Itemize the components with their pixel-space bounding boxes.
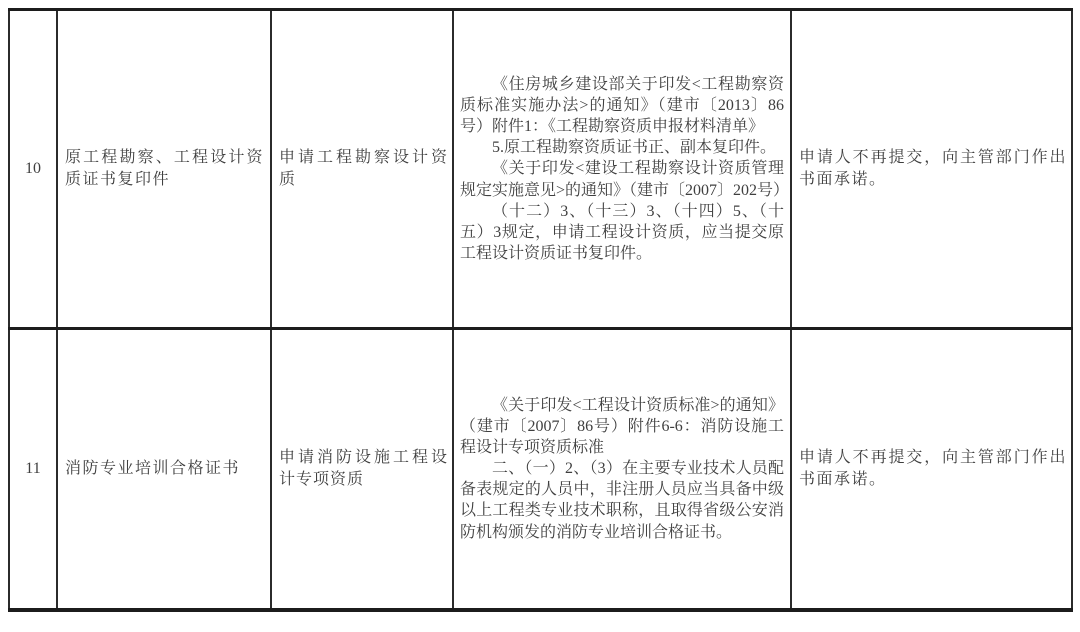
serial-number-cell: 10 (9, 10, 57, 329)
commitment-cell: 申请人不再提交，向主管部门作出书面承诺。 (791, 10, 1072, 329)
serial-number-cell: 11 (9, 329, 57, 610)
materials-commitment-table: 10 原工程勘察、工程设计资质证书复印件 申请工程勘察设计资质 《住房城乡建设部… (8, 8, 1073, 612)
basis-paragraph: 二、（一）2、（3）在主要专业技术人员配备表规定的人员中，非注册人员应当具备中级… (460, 458, 784, 542)
apply-type-cell: 申请消防设施工程设计专项资质 (271, 329, 453, 610)
legal-basis-cell: 《关于印发<工程设计资质标准>的通知》（建市〔2007〕86号）附件6-6：消防… (453, 329, 791, 610)
basis-paragraph: 5.原工程勘察资质证书正、副本复印件。 (460, 137, 784, 158)
commitment-cell: 申请人不再提交，向主管部门作出书面承诺。 (791, 329, 1072, 610)
apply-type-cell: 申请工程勘察设计资质 (271, 10, 453, 329)
material-name-cell: 原工程勘察、工程设计资质证书复印件 (57, 10, 271, 329)
table-row-11: 11 消防专业培训合格证书 申请消防设施工程设计专项资质 《关于印发<工程设计资… (9, 329, 1072, 610)
table-row-10: 10 原工程勘察、工程设计资质证书复印件 申请工程勘察设计资质 《住房城乡建设部… (9, 10, 1072, 329)
basis-paragraph: 《住房城乡建设部关于印发<工程勘察资质标准实施办法>的通知》（建市〔2013〕8… (460, 74, 784, 137)
legal-basis-cell: 《住房城乡建设部关于印发<工程勘察资质标准实施办法>的通知》（建市〔2013〕8… (453, 10, 791, 329)
basis-paragraph: 《关于印发<工程设计资质标准>的通知》（建市〔2007〕86号）附件6-6：消防… (460, 395, 784, 458)
basis-paragraph: （十二）3、（十三）3、（十四）5、（十五）3规定，申请工程设计资质，应当提交原… (460, 201, 784, 264)
basis-paragraph: 《关于印发<建设工程勘察设计资质管理规定实施意见>的通知》（建市〔2007〕20… (460, 158, 784, 200)
material-name-cell: 消防专业培训合格证书 (57, 329, 271, 610)
